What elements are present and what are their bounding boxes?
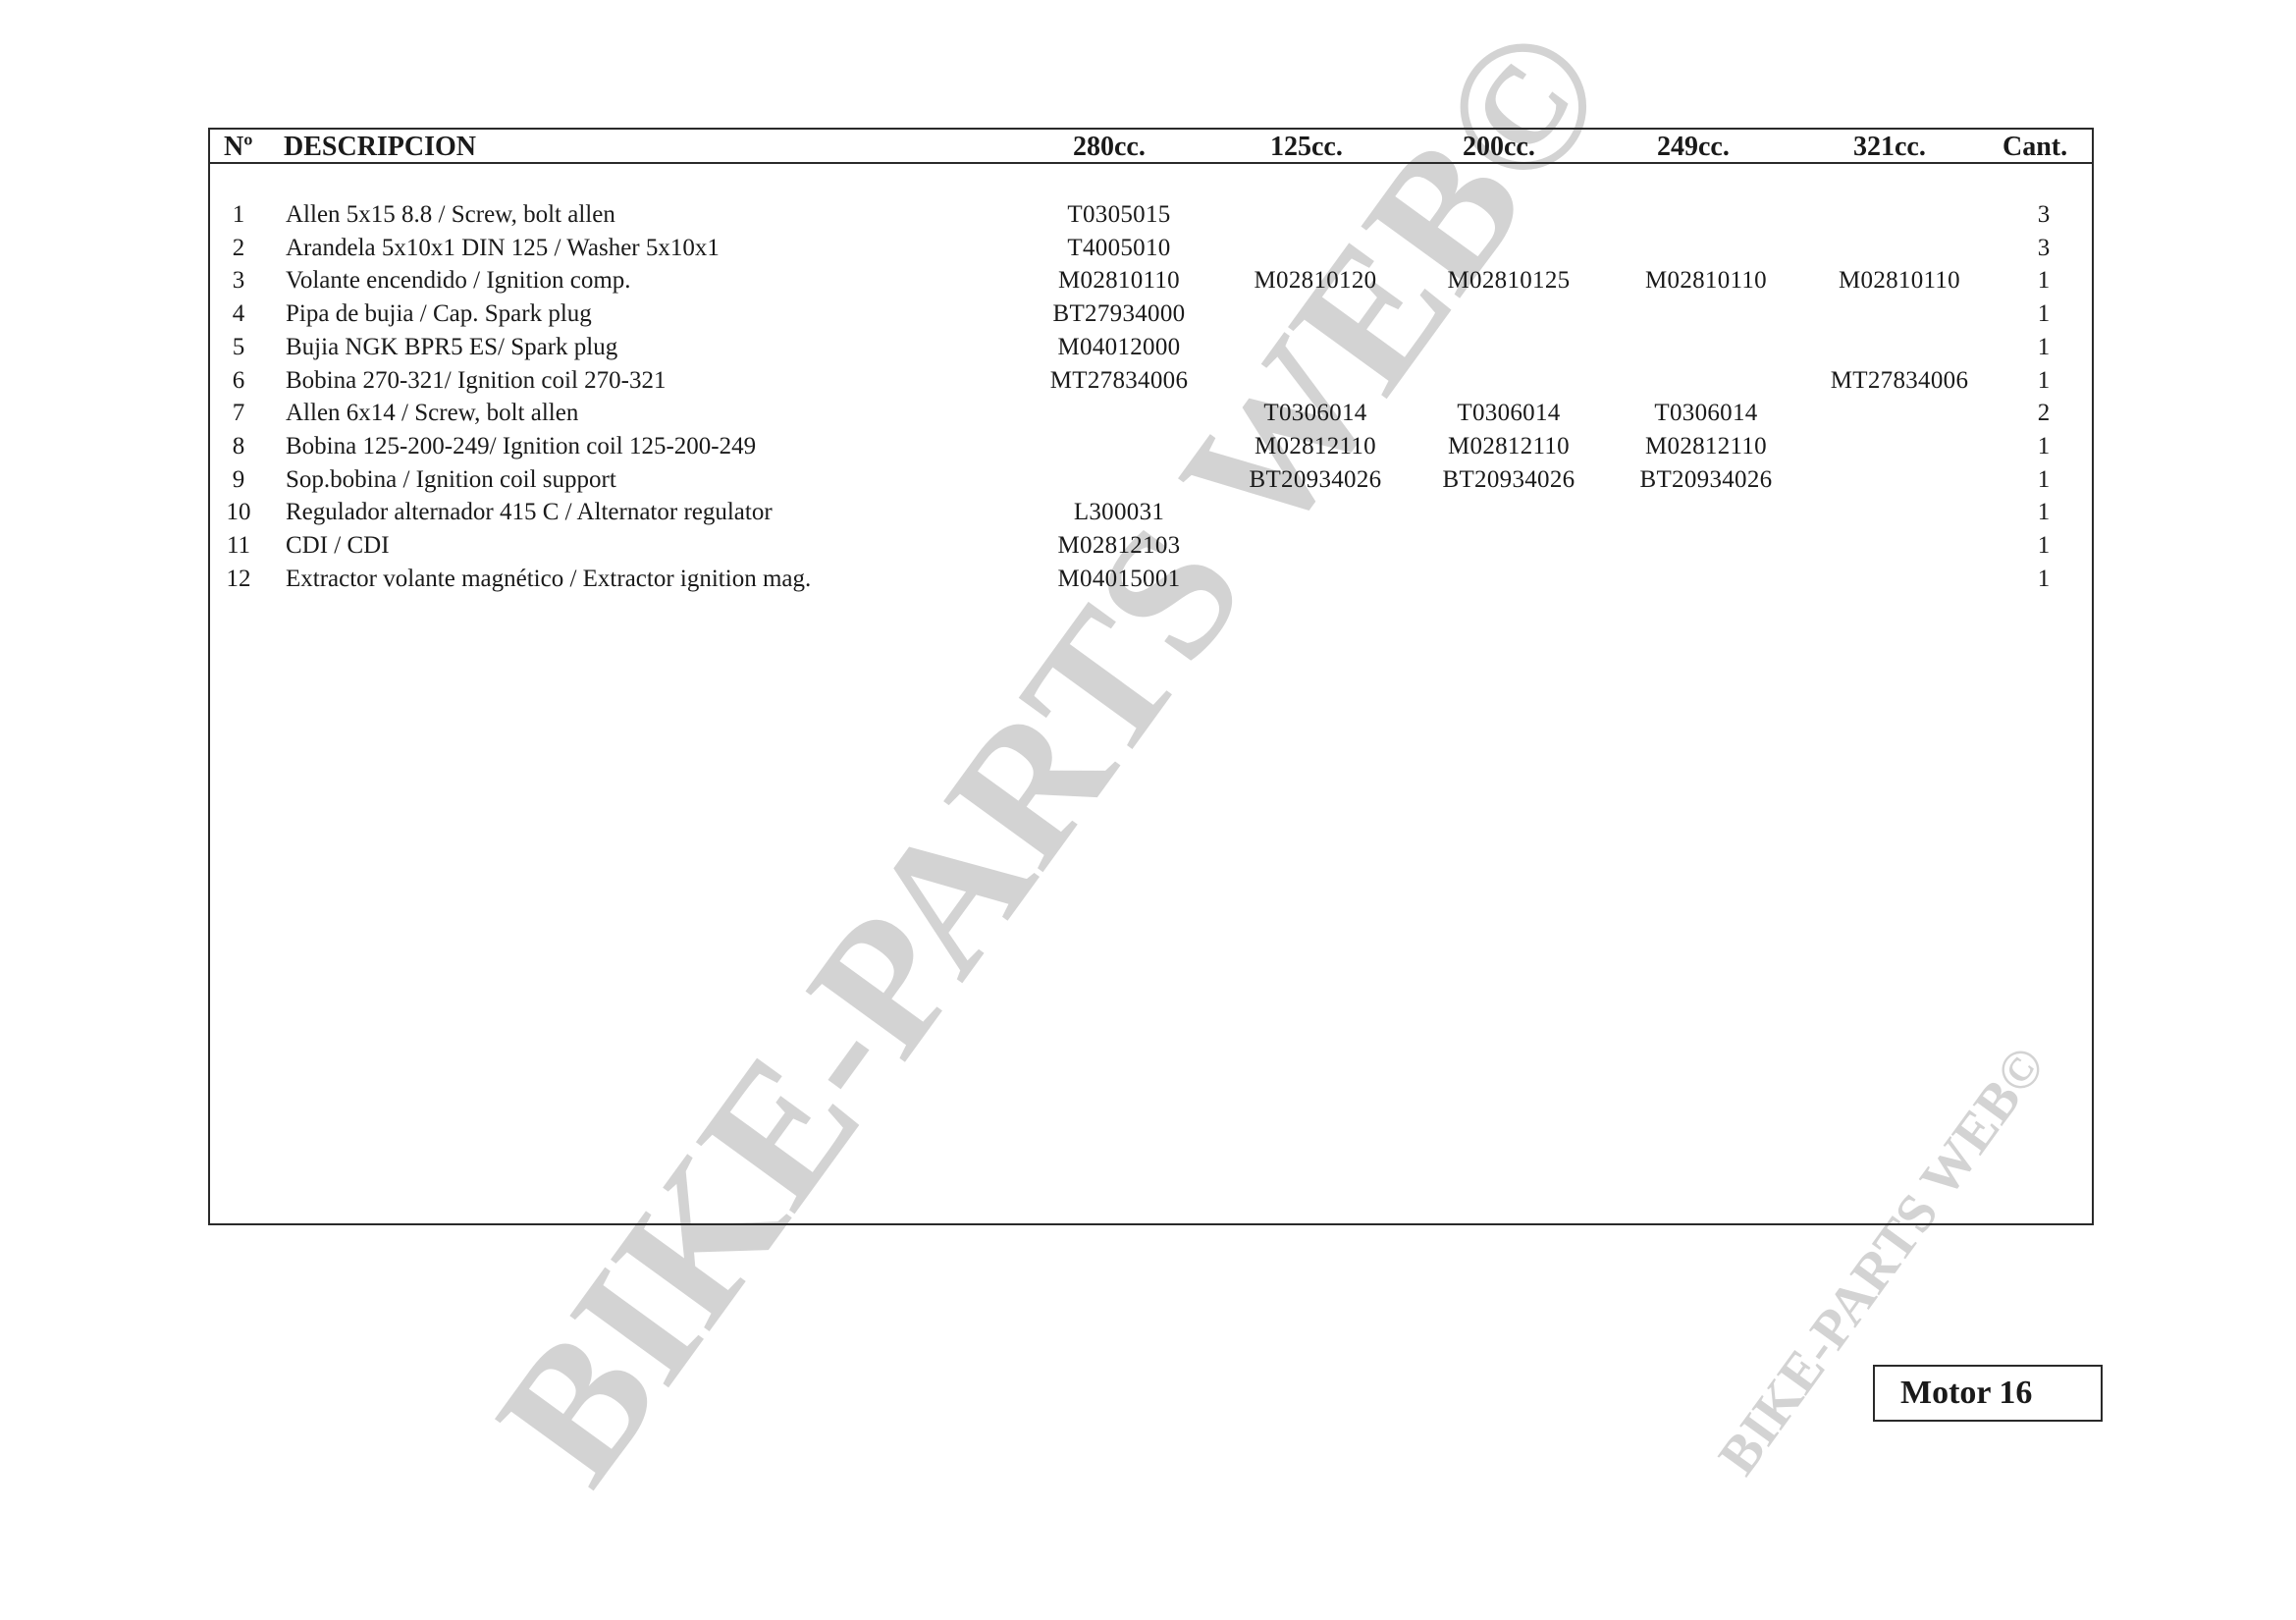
page-label: Motor 16: [1873, 1365, 2103, 1422]
row-description: Volante encendido / Ignition comp.: [286, 264, 631, 297]
row-quantity: 1: [2032, 563, 2056, 596]
row-description: Bujia NGK BPR5 ES/ Spark plug: [286, 331, 617, 364]
table-row: 7Allen 6x14 / Screw, bolt allenT0306014T…: [0, 397, 2296, 430]
row-number: 8: [226, 430, 251, 463]
part-249cc: T0306014: [1608, 397, 1804, 430]
row-quantity: 3: [2032, 198, 2056, 232]
part-200cc: T0306014: [1411, 397, 1607, 430]
row-description: Allen 6x14 / Screw, bolt allen: [286, 397, 578, 430]
row-quantity: 1: [2032, 364, 2056, 398]
header-125cc: 125cc.: [1270, 131, 1343, 164]
header-divider: [208, 162, 2094, 164]
row-description: Bobina 270-321/ Ignition coil 270-321: [286, 364, 666, 398]
row-number: 10: [226, 496, 251, 529]
table-row: 9Sop.bobina / Ignition coil supportBT209…: [0, 463, 2296, 497]
part-280cc: MT27834006: [1021, 364, 1217, 398]
part-321cc: MT27834006: [1801, 364, 1998, 398]
part-280cc: L300031: [1021, 496, 1217, 529]
part-280cc: T4005010: [1021, 232, 1217, 265]
table-row: 12Extractor volante magnético / Extracto…: [0, 563, 2296, 596]
row-quantity: 3: [2032, 232, 2056, 265]
row-number: 1: [226, 198, 251, 232]
row-number: 2: [226, 232, 251, 265]
header-qty: Cant.: [2002, 131, 2067, 164]
row-description: Pipa de bujia / Cap. Spark plug: [286, 297, 592, 331]
header-249cc: 249cc.: [1657, 131, 1730, 164]
part-280cc: M02812103: [1021, 529, 1217, 563]
row-quantity: 1: [2032, 496, 2056, 529]
row-description: Regulador alternador 415 C / Alternator …: [286, 496, 773, 529]
part-200cc: M02812110: [1411, 430, 1607, 463]
part-280cc: M04015001: [1021, 563, 1217, 596]
header-280cc: 280cc.: [1073, 131, 1146, 164]
row-quantity: 1: [2032, 463, 2056, 497]
table-row: 11CDI / CDIM028121031: [0, 529, 2296, 563]
row-number: 9: [226, 463, 251, 497]
table-row: 8Bobina 125-200-249/ Ignition coil 125-2…: [0, 430, 2296, 463]
part-280cc: M04012000: [1021, 331, 1217, 364]
row-description: Allen 5x15 8.8 / Screw, bolt allen: [286, 198, 615, 232]
part-321cc: M02810110: [1801, 264, 1998, 297]
part-280cc: BT27934000: [1021, 297, 1217, 331]
row-number: 5: [226, 331, 251, 364]
part-249cc: M02810110: [1608, 264, 1804, 297]
table-row: 10Regulador alternador 415 C / Alternato…: [0, 496, 2296, 529]
header-200cc: 200cc.: [1463, 131, 1535, 164]
part-200cc: M02810125: [1411, 264, 1607, 297]
part-200cc: BT20934026: [1411, 463, 1607, 497]
part-125cc: M02812110: [1217, 430, 1414, 463]
row-quantity: 1: [2032, 430, 2056, 463]
header-no: Nº: [224, 131, 252, 164]
row-quantity: 2: [2032, 397, 2056, 430]
row-description: Extractor volante magnético / Extractor …: [286, 563, 811, 596]
part-125cc: BT20934026: [1217, 463, 1414, 497]
row-number: 4: [226, 297, 251, 331]
part-125cc: M02810120: [1217, 264, 1414, 297]
row-description: CDI / CDI: [286, 529, 390, 563]
row-number: 12: [226, 563, 251, 596]
row-description: Bobina 125-200-249/ Ignition coil 125-20…: [286, 430, 756, 463]
part-249cc: M02812110: [1608, 430, 1804, 463]
part-280cc: T0305015: [1021, 198, 1217, 232]
row-number: 3: [226, 264, 251, 297]
table-row: 4Pipa de bujia / Cap. Spark plugBT279340…: [0, 297, 2296, 331]
table-row: 3Volante encendido / Ignition comp.M0281…: [0, 264, 2296, 297]
row-quantity: 1: [2032, 529, 2056, 563]
part-249cc: BT20934026: [1608, 463, 1804, 497]
row-quantity: 1: [2032, 297, 2056, 331]
row-number: 11: [226, 529, 251, 563]
header-description: DESCRIPCION: [284, 131, 476, 164]
row-quantity: 1: [2032, 331, 2056, 364]
table-row: 6Bobina 270-321/ Ignition coil 270-321MT…: [0, 364, 2296, 398]
row-quantity: 1: [2032, 264, 2056, 297]
table-row: 2Arandela 5x10x1 DIN 125 / Washer 5x10x1…: [0, 232, 2296, 265]
row-description: Arandela 5x10x1 DIN 125 / Washer 5x10x1: [286, 232, 720, 265]
row-number: 6: [226, 364, 251, 398]
table-row: 5Bujia NGK BPR5 ES/ Spark plugM040120001: [0, 331, 2296, 364]
row-number: 7: [226, 397, 251, 430]
part-280cc: M02810110: [1021, 264, 1217, 297]
header-321cc: 321cc.: [1853, 131, 1926, 164]
part-125cc: T0306014: [1217, 397, 1414, 430]
row-description: Sop.bobina / Ignition coil support: [286, 463, 616, 497]
table-row: 1Allen 5x15 8.8 / Screw, bolt allenT0305…: [0, 198, 2296, 232]
